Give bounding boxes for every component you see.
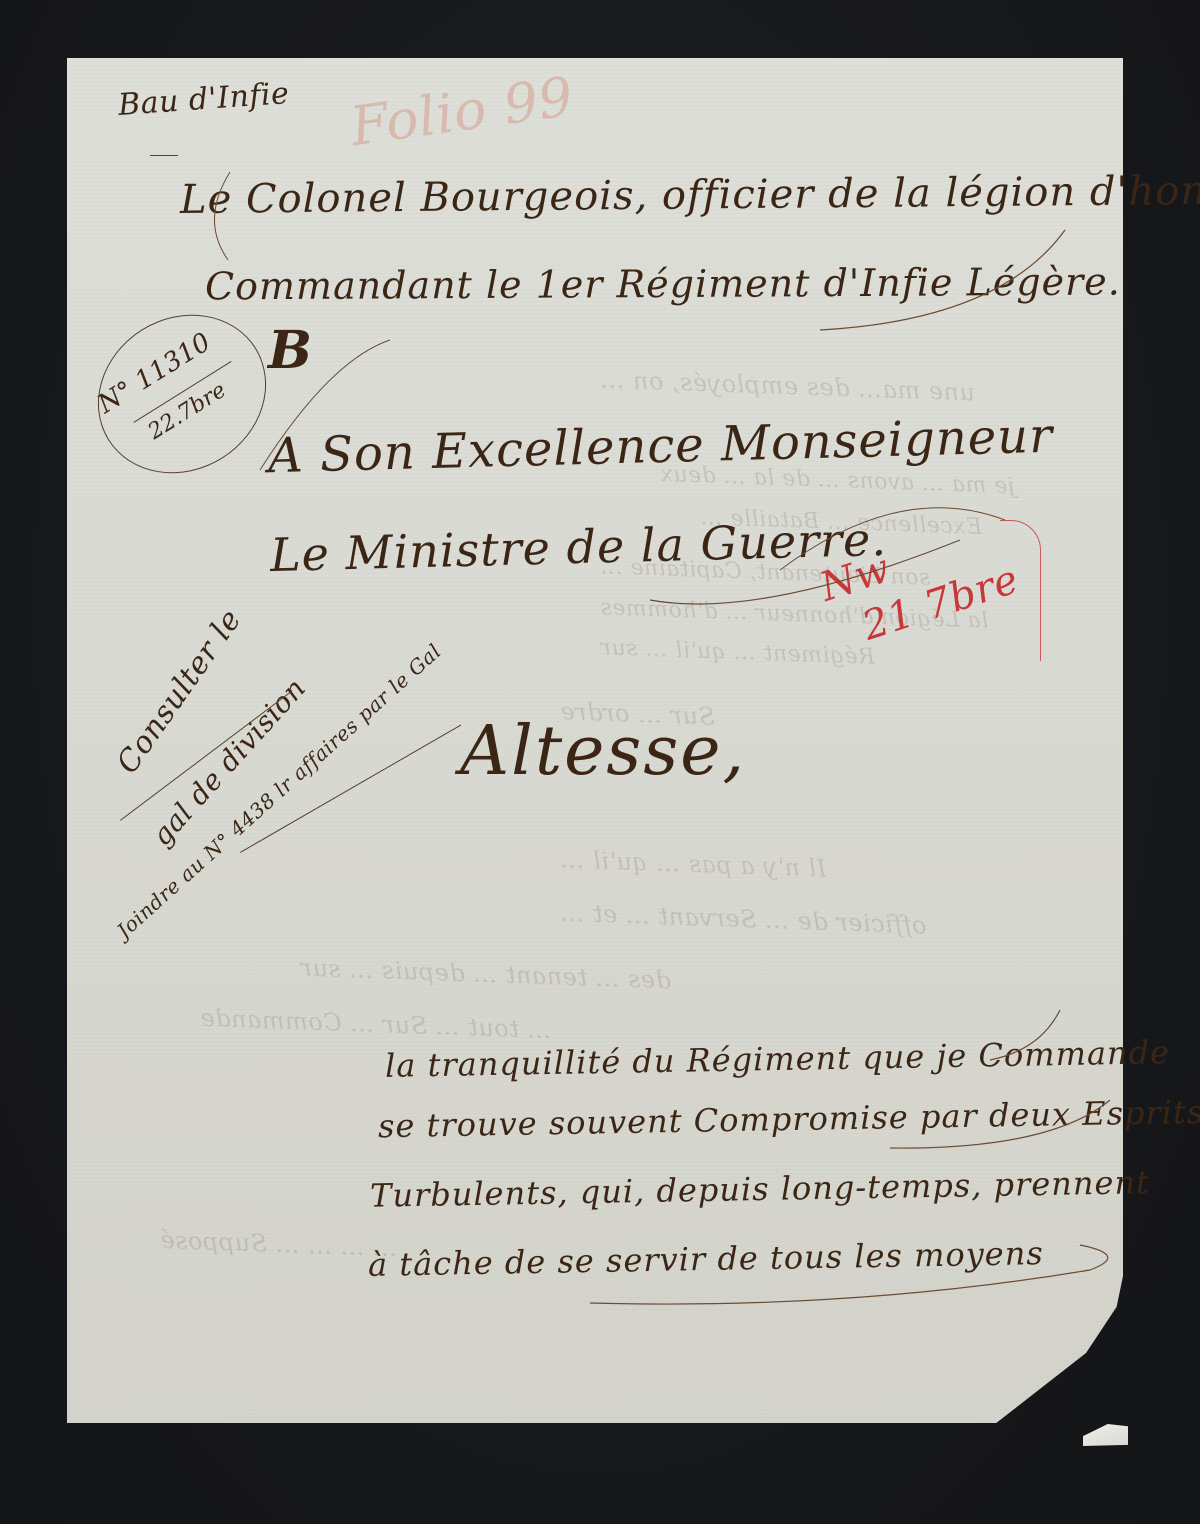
handwriting-flourishes xyxy=(0,0,1200,1524)
